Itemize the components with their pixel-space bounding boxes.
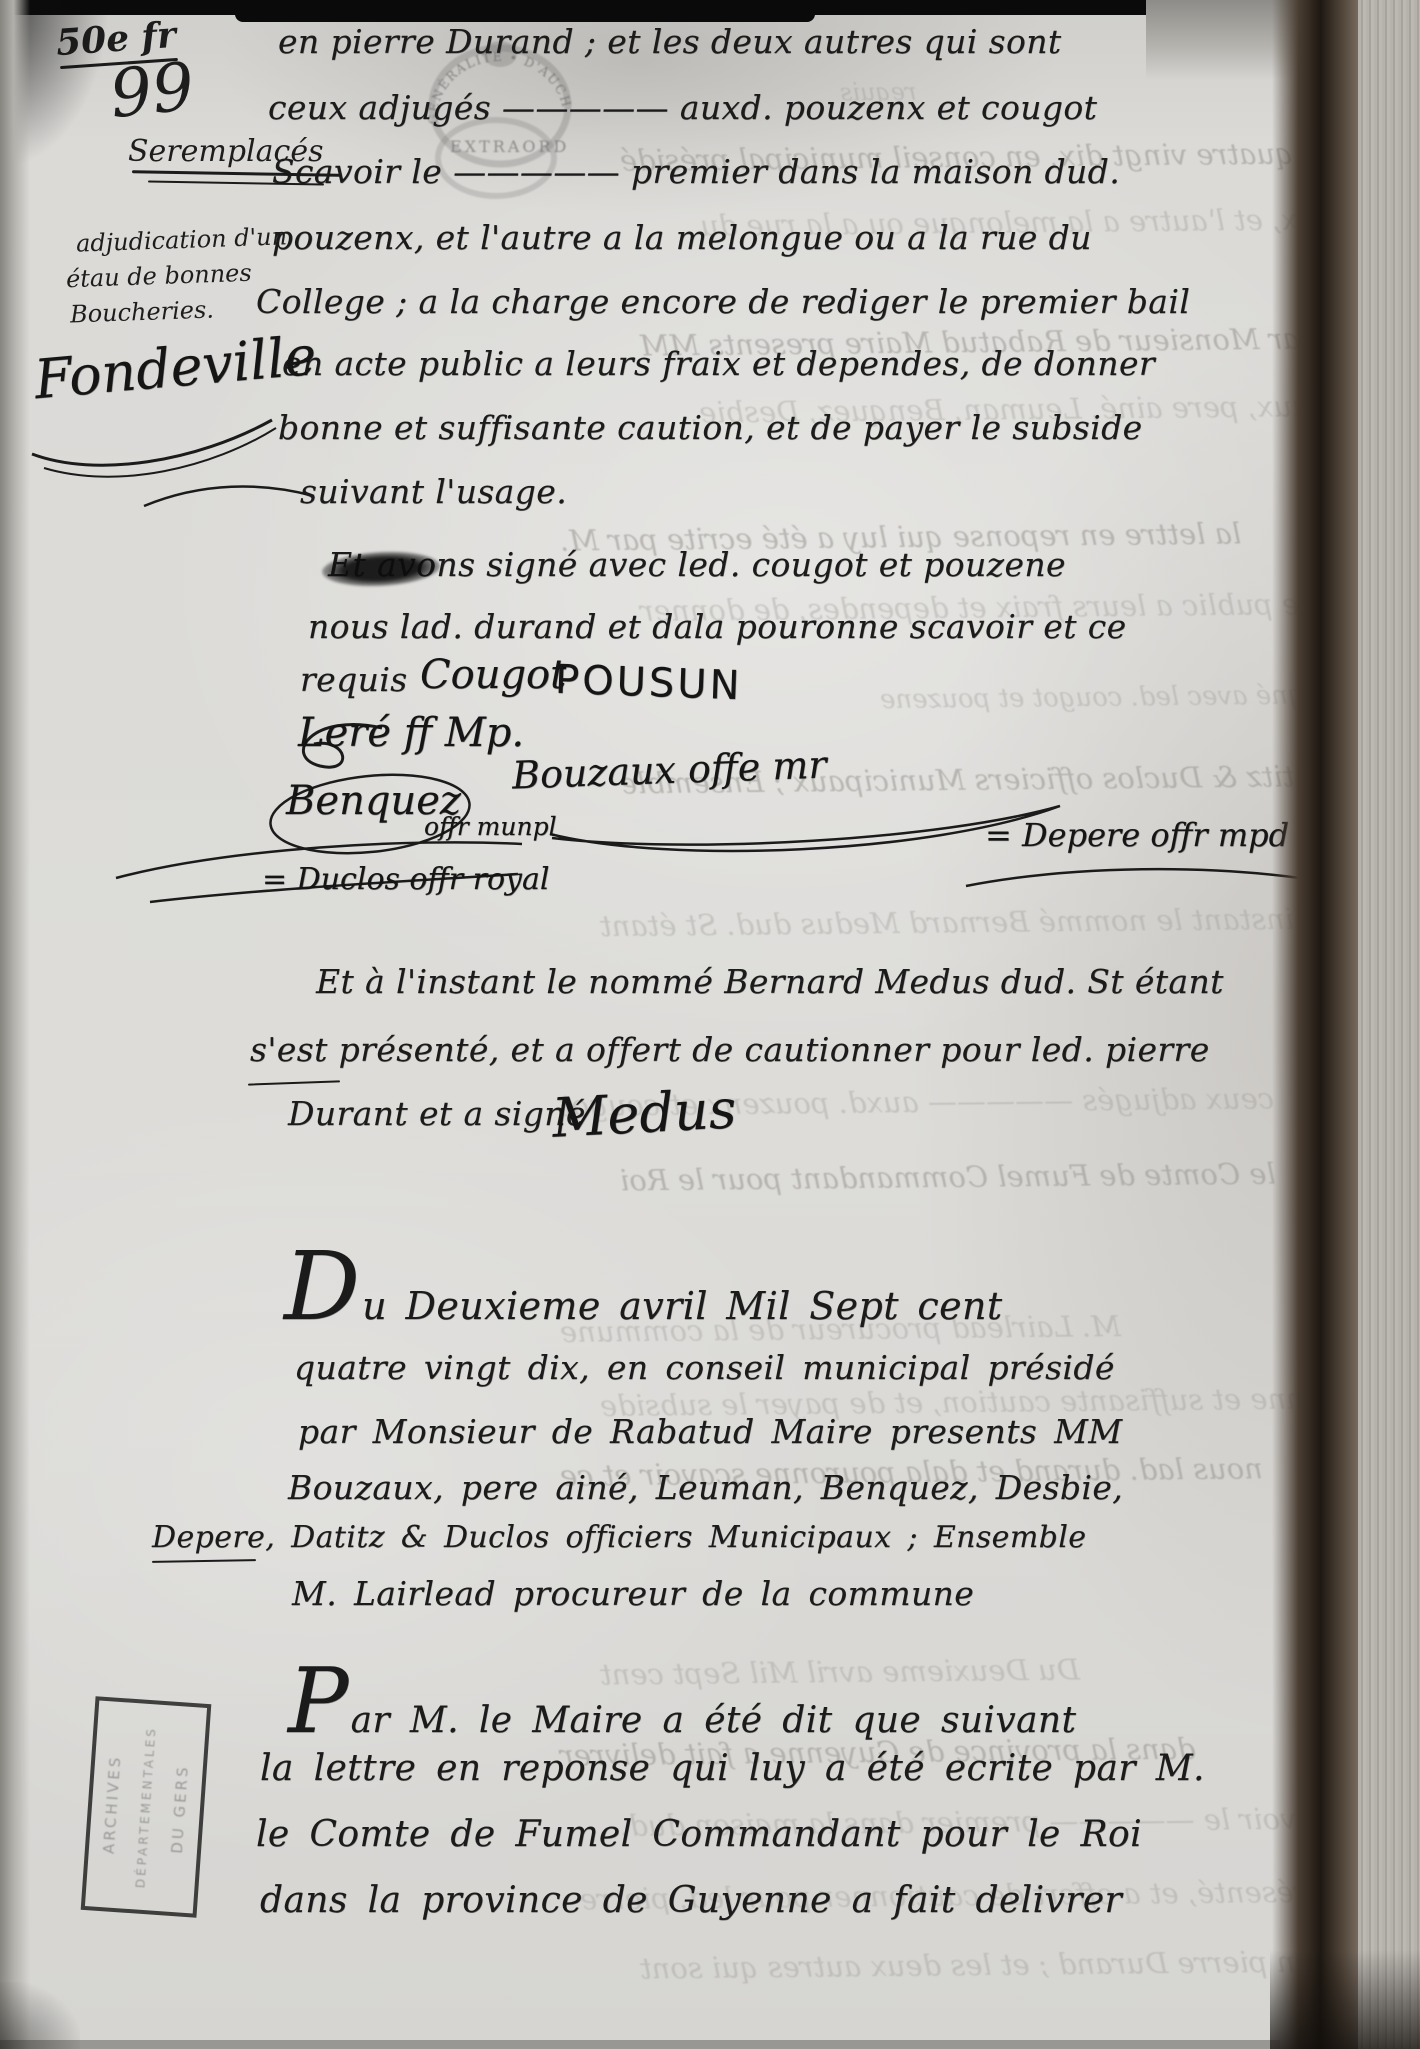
manuscript-line: la lettre en reponse qui luy a été ecrit… xyxy=(260,1748,1205,1789)
manuscript-line: Scavoir le ————— premier dans la maison … xyxy=(272,152,1120,191)
book-binding xyxy=(1272,0,1360,2049)
scan-border-bottom xyxy=(0,2040,1280,2049)
manuscript-line: quatre vingt dix, en conseil municipal p… xyxy=(294,1348,1115,1387)
depere-flourish xyxy=(960,856,1310,896)
manuscript-line: suivant l'usage. xyxy=(300,472,567,511)
signature-cougot: Cougot xyxy=(420,652,566,698)
archive-stamp: ARCHIVES DÉPARTEMENTALES DU GERS xyxy=(81,1696,212,1918)
page-edge-right xyxy=(1358,0,1420,2049)
manuscript-line: College ; a la charge encore de rediger … xyxy=(256,282,1190,321)
archive-stamp-text: ARCHIVES xyxy=(100,1754,125,1854)
manuscript-line: Depere, Datitz & Duclos officiers Munici… xyxy=(152,1520,1086,1555)
manuscript-line: Durant et a signé xyxy=(288,1094,586,1133)
bleedthrough-line: en pierre Durand ; et les deux autres qu… xyxy=(640,1944,1313,1985)
signature-duclos: = Duclos offr royal xyxy=(262,862,549,897)
manuscript-line: en acte public a leurs fraix et dependes… xyxy=(282,344,1155,383)
signature-benquez-title: offr munpl xyxy=(424,812,557,841)
manuscript-line: M. Lairlead procureur de la commune xyxy=(292,1574,974,1613)
scan-corner-bottom-left xyxy=(0,1982,80,2049)
signature-pousun: POUSUN xyxy=(554,657,743,710)
manuscript-line: requis xyxy=(300,660,408,699)
scan-corner-bottom-right xyxy=(1270,1950,1420,2049)
signature-lere: Leré ff Mp. xyxy=(298,710,524,756)
page-edge-left xyxy=(0,0,30,2049)
manuscript-line: bonne et suffisante caution, et de payer… xyxy=(278,408,1143,447)
signature-medus: Medus xyxy=(550,1077,737,1150)
manuscript-line: Par M. le Maire a été dit que suivant xyxy=(288,1668,1076,1741)
suivant-swash xyxy=(140,474,320,516)
manuscript-line: Du Deuxieme avril Mil Sept cent xyxy=(284,1252,1003,1328)
manuscript-line: nous lad. durand et dala pouronne scavoi… xyxy=(308,607,1127,646)
manuscript-line: ceux adjugés ————— auxd. pouzenx et coug… xyxy=(268,88,1097,127)
bleedthrough-line: le Comte de Fumel Commandant pour le Roi xyxy=(620,1157,1276,1198)
manuscript-line: Et à l'instant le nommé Bernard Medus du… xyxy=(316,962,1224,1001)
manuscript-line: pouzenx, et l'autre a la melongue ou a l… xyxy=(272,218,1092,257)
manuscript-scan-page: quatre vingt dix, en conseil municipal p… xyxy=(0,0,1420,2049)
manuscript-line: le Comte de Fumel Commandant pour le Roi xyxy=(256,1814,1142,1855)
manuscript-line: dans la province de Guyenne a fait deliv… xyxy=(260,1880,1122,1921)
manuscript-line: en pierre Durand ; et les deux autres qu… xyxy=(278,22,1062,61)
manuscript-line: Bouzaux, pere ainé, Leuman, Benquez, Des… xyxy=(288,1468,1123,1507)
archive-stamp-text: DU GERS xyxy=(168,1764,192,1854)
margin-note-line: Boucheries. xyxy=(70,295,215,328)
manuscript-line: s'est présenté, et a offert de cautionne… xyxy=(250,1030,1210,1069)
scan-border-top-thick xyxy=(235,0,815,22)
folio-number: 99 xyxy=(106,48,198,133)
archive-stamp-text: DÉPARTEMENTALES xyxy=(133,1726,158,1889)
manuscript-line: par Monsieur de Rabatud Maire presents M… xyxy=(298,1412,1122,1451)
signature-depere: = Depere offr mpd xyxy=(985,816,1289,854)
